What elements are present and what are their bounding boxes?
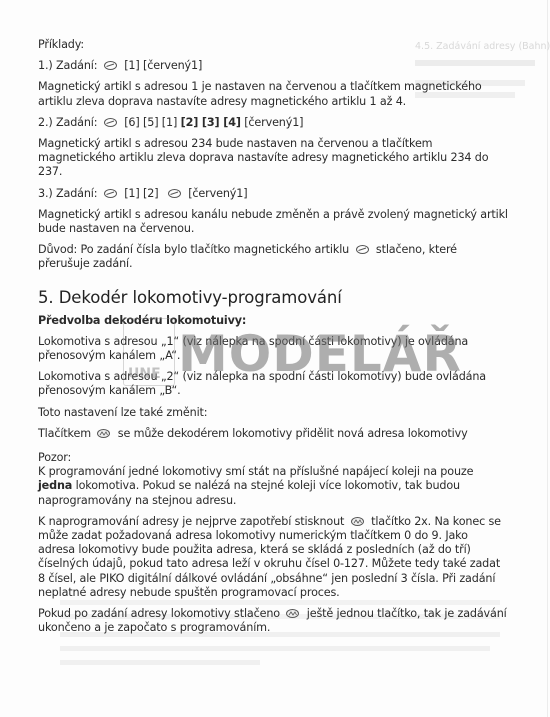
reason-text: Důvod: Po zadání čísla bylo tlačítko mag…	[38, 243, 349, 256]
bleed-through-line	[60, 646, 490, 651]
example-label: 1.) Zadání:	[38, 59, 97, 72]
example-3-description: Magnetický artikl s adresou kanálu nebud…	[38, 208, 508, 236]
example-sequence: [1] [2]	[124, 187, 158, 200]
page-edge	[547, 0, 548, 717]
paragraph-text: K naprogramování adresy je nejprve zapot…	[38, 515, 344, 528]
warning-paragraph: Pozor: K programování jedné lokomotivy s…	[38, 451, 508, 508]
section-title: 5. Dekodér lokomotivy-programování	[38, 288, 508, 308]
paragraph-loco-1: Lokomotiva s adresou „1“ (viz nálepka na…	[38, 335, 508, 363]
example-3-input: 3.) Zadání: [1] [2] [červený1]	[38, 187, 508, 201]
turnout-key-icon	[356, 245, 369, 254]
paragraph-text: Pokud po zadání adresy lokomotivy stlače…	[38, 607, 280, 620]
paragraph-text: Tlačítkem	[38, 427, 91, 440]
turnout-key-icon	[104, 118, 117, 127]
loco-key-icon	[351, 517, 364, 526]
warning-text: lokomotiva. Pokud se nalézá na stejné ko…	[38, 479, 460, 506]
example-sequence: [červený1]	[241, 116, 304, 129]
example-2-input: 2.) Zadání: [6] [5] [1] [2] [3] [4] [čer…	[38, 116, 508, 130]
turnout-key-icon	[104, 189, 117, 198]
paragraph-loco-2: Lokomotiva s adresou „2“ (viz nálepka na…	[38, 370, 508, 398]
example-sequence-bold: [2] [3] [4]	[181, 116, 241, 129]
paragraph-text: se může dekodérem lokomotivy přidělit no…	[118, 427, 468, 440]
bleed-through-line	[60, 660, 260, 665]
turnout-key-icon	[104, 61, 117, 70]
warning-text: K programování jedné lokomotivy smí stát…	[38, 465, 473, 478]
example-label: 3.) Zadání:	[38, 187, 97, 200]
document-body: Příklady: 1.) Zadání: [1] [červený1] Mag…	[38, 38, 508, 643]
warning-label: Pozor:	[38, 451, 508, 465]
loco-key-icon	[286, 609, 299, 618]
example-1-input: 1.) Zadání: [1] [červený1]	[38, 59, 508, 73]
example-sequence: [6] [5] [1]	[124, 116, 180, 129]
example-label: 2.) Zadání:	[38, 116, 97, 129]
paragraph-finish: Pokud po zadání adresy lokomotivy stlače…	[38, 607, 508, 635]
paragraph-button: Tlačítkem se může dekodérem lokomotivy p…	[38, 427, 508, 441]
paragraph-change: Toto nastavení lze také změnit:	[38, 406, 508, 420]
turnout-key-icon	[168, 189, 181, 198]
example-1-description: Magnetický artikl s adresou 1 je nastave…	[38, 80, 508, 108]
reason-paragraph: Důvod: Po zadání čísla bylo tlačítko mag…	[38, 243, 508, 271]
example-2-description: Magnetický artikl s adresou 234 bude nas…	[38, 137, 508, 180]
examples-heading: Příklady:	[38, 38, 508, 52]
warning-emphasis: jedna	[38, 479, 72, 492]
paragraph-programming: K naprogramování adresy je nejprve zapot…	[38, 515, 508, 600]
example-sequence: [červený1]	[188, 187, 247, 200]
example-sequence: [1] [červený1]	[124, 59, 202, 72]
section-subtitle: Předvolba dekodéru lokomotuivy:	[38, 314, 508, 328]
document-page: 4.5. Zadávání adresy (Bahn) Příklady: 1.…	[0, 0, 550, 717]
loco-key-icon	[97, 429, 110, 438]
